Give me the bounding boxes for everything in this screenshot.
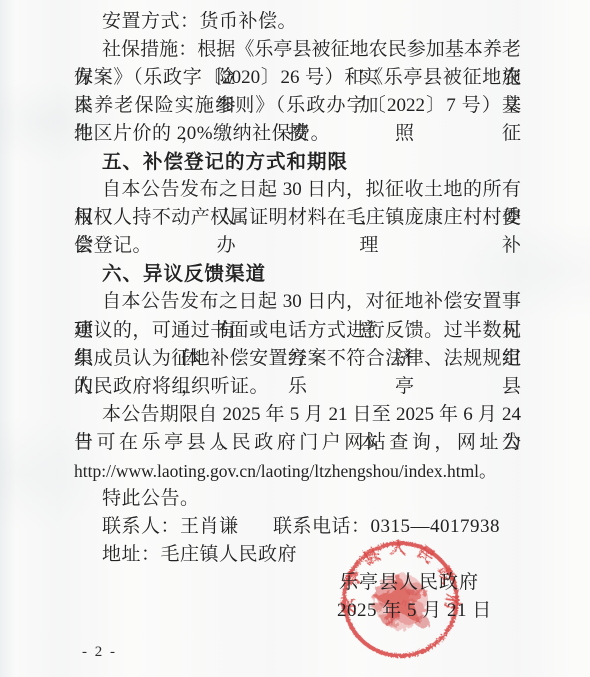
text-line: 建议的，可通过书面或电话方式进行反馈。过半数村集体经济组	[74, 317, 521, 345]
page-number: - 2 -	[82, 644, 117, 661]
text-line: 特此公告。	[74, 485, 521, 513]
signature-date: 2025 年 5 月 21 日	[74, 597, 521, 625]
text-line: 织成员认为征地补偿安置方案不符合法律、法规规定的，乐亭县	[74, 345, 521, 373]
text-line: 本公告期限自 2025 年 5 月 21 日至 2025 年 6 月 24 日。…	[74, 401, 521, 429]
text-line: 方案》（乐政字〔2020〕26 号）和《乐亭县被征地农民参加基	[74, 64, 521, 92]
paragraph-lines: 安置方式：货币补偿。社保措施：根据《乐亭县被征地农民参加基本养老保险实施方案》（…	[74, 8, 521, 513]
scanned-announcement-page: 安置方式：货币补偿。社保措施：根据《乐亭县被征地农民参加基本养老保险实施方案》（…	[0, 0, 590, 677]
text-line: 五、补偿登记的方式和期限	[74, 148, 521, 176]
text-line: 自本公告发布之日起 30 日内，对征地补偿安置事项有意见	[74, 288, 521, 316]
text-line: http://www.laoting.gov.cn/laoting/ltzhen…	[74, 457, 521, 485]
text-line: 社保措施：根据《乐亭县被征地农民参加基本养老保险实施	[74, 36, 521, 64]
signature-org: 乐亭县人民政府	[74, 569, 521, 597]
text-line: 六、异议反馈渠道	[74, 260, 521, 288]
text-line: 告可在乐亭县人民政府门户网站查询，网址为	[74, 429, 521, 457]
contact-person: 联系人：王肖谦	[102, 513, 273, 541]
text-line: 安置方式：货币补偿。	[74, 8, 521, 36]
text-line: 用权人持不动产权属证明材料在毛庄镇庞康庄村村委会办理补	[74, 204, 521, 232]
text-line: 自本公告发布之日起 30 日内，拟征收土地的所有权人、使	[74, 176, 521, 204]
text-line: 本养老保险实施细则》（乐政办字〔2022〕7 号）文件，按照征	[74, 92, 521, 120]
